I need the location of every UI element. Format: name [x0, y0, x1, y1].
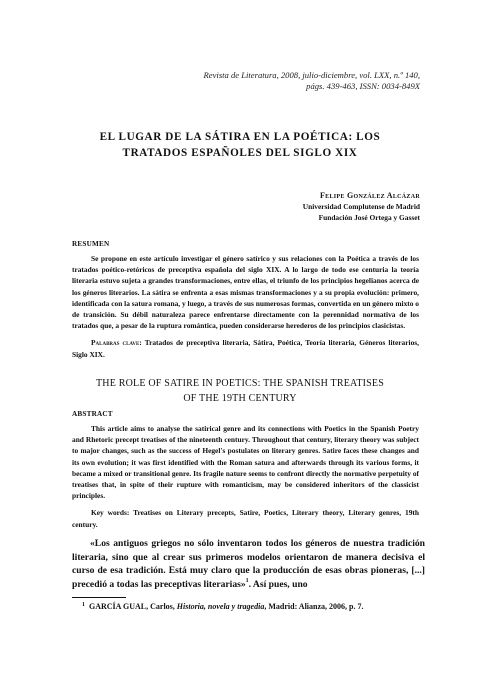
footnote-publication: , Madrid: Alianza, 2006, p. 7. — [264, 602, 363, 611]
footnote-work-title: Historia, novela y tragedia — [177, 602, 265, 611]
resumen-keywords: Palabras clave: Tratados de preceptiva l… — [72, 337, 419, 359]
author-affiliation-1: Universidad Complutense de Madrid — [200, 201, 420, 212]
author-name: Felipe González Alcázar — [200, 190, 420, 201]
author-block: Felipe González Alcázar Universidad Comp… — [200, 190, 420, 223]
journal-header: Revista de Literatura, 2008, julio-dicie… — [150, 70, 420, 92]
footnote-number: 1 — [82, 602, 85, 608]
journal-citation-line1: Revista de Literatura, 2008, julio-dicie… — [150, 70, 420, 81]
abstract-text: This article aims to analyse the satiric… — [72, 423, 419, 501]
article-title-line1: EL LUGAR DE LA SÁTIRA EN LA POÉTICA: LOS — [60, 129, 420, 145]
abstract-block: This article aims to analyse the satiric… — [72, 423, 419, 530]
author-affiliation-2: Fundación José Ortega y Gasset — [200, 212, 420, 223]
body-paragraph: «Los antiguos griegos no sólo inventaron… — [72, 537, 425, 591]
body-paragraph-block: «Los antiguos griegos no sólo inventaron… — [72, 537, 425, 591]
abstract-keywords: Key words: Treatises on Literary precept… — [72, 507, 419, 529]
resumen-text: Se propone en este artículo investigar e… — [72, 253, 419, 331]
footnote-author: GARCÍA GUAL, Carlos, — [89, 602, 175, 611]
abstract-keywords-label: Key words: — [91, 508, 129, 517]
article-title: EL LUGAR DE LA SÁTIRA EN LA POÉTICA: LOS… — [60, 129, 420, 161]
resumen-keywords-label: Palabras clave: — [91, 338, 142, 347]
footnote: 1GARCÍA GUAL, Carlos, Historia, novela y… — [72, 600, 425, 612]
english-title-line1: THE ROLE OF SATIRE IN POETICS: THE SPANI… — [60, 376, 420, 391]
footnote-divider — [72, 597, 126, 598]
resumen-block: Se propone en este artículo investigar e… — [72, 253, 419, 360]
resumen-heading: RESUMEN — [72, 240, 109, 248]
abstract-heading: ABSTRACT — [72, 410, 113, 418]
english-title-line2: OF THE 19TH CENTURY — [60, 391, 420, 406]
journal-citation-line2: págs. 439-463, ISSN: 0034-849X — [150, 81, 420, 92]
article-title-line2: TRATADOS ESPAÑOLES DEL SIGLO XIX — [60, 145, 420, 161]
english-title: THE ROLE OF SATIRE IN POETICS: THE SPANI… — [60, 376, 420, 406]
body-tail: . Así pues, uno — [249, 579, 308, 590]
